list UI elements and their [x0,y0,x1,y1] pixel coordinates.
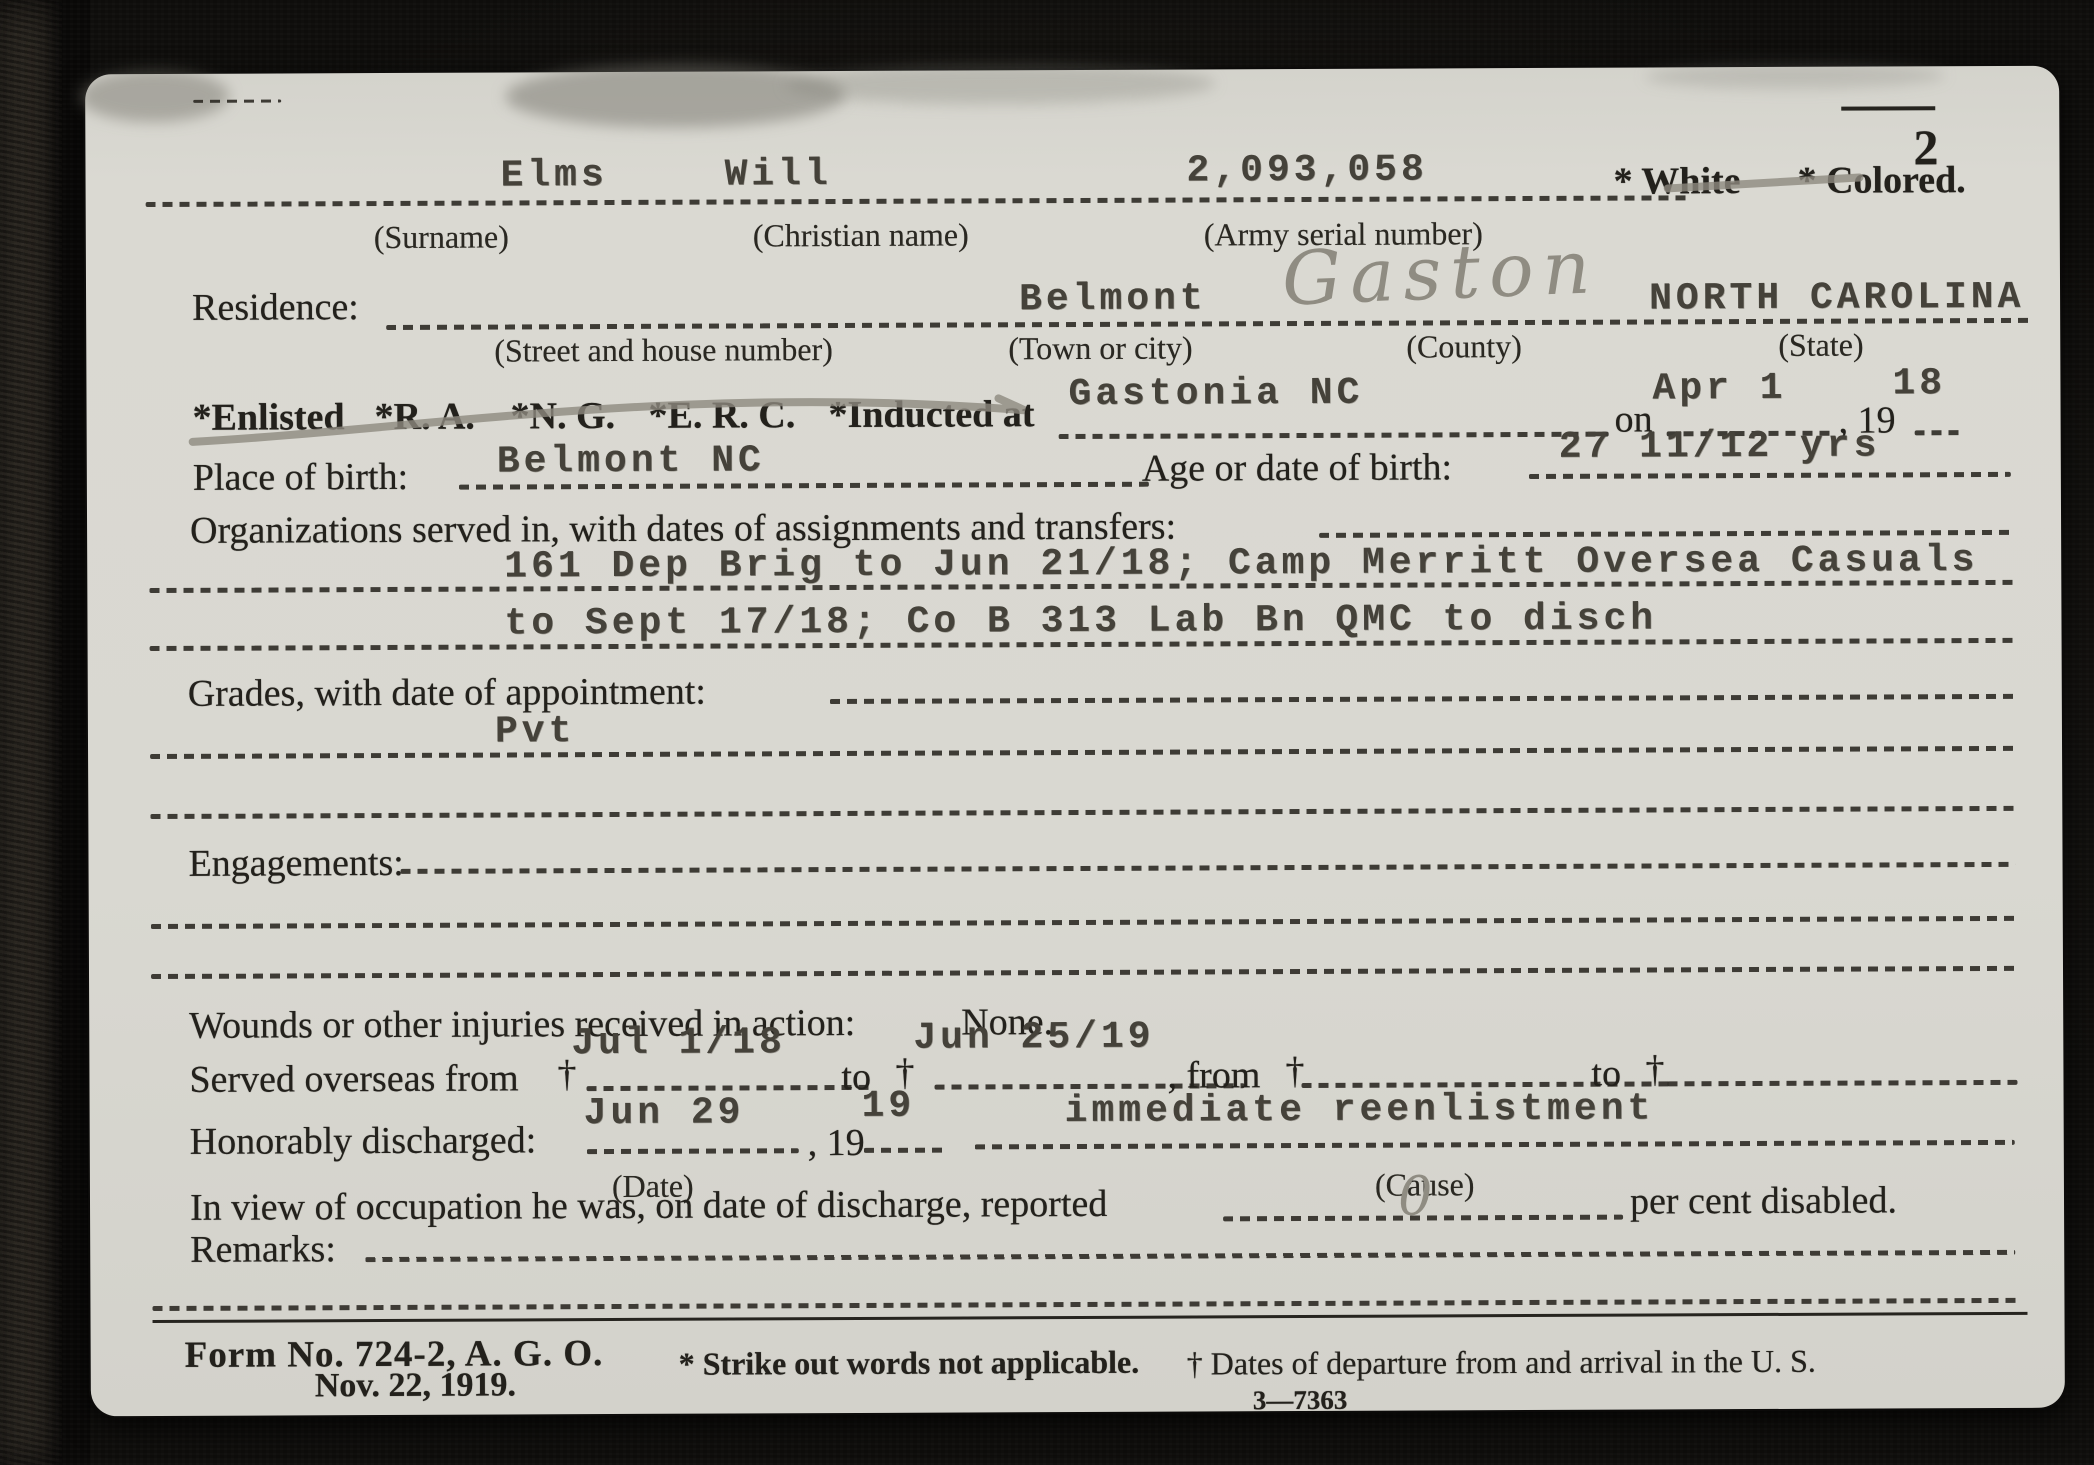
smudge [505,63,845,128]
induction-year-line [1915,430,1961,435]
town-label: (Town or city) [1008,329,1193,367]
surname-value: Elms [500,154,607,197]
disability-percent-pencil-value: 0 [1398,1164,1433,1227]
birth-place-label: Place of birth: [193,455,408,500]
dagger-4: † [1645,1047,1664,1091]
discharge-date-line [587,1148,799,1154]
overseas-from-1-line [587,1085,875,1091]
disability-text-after: per cent disabled. [1630,1178,1897,1223]
bottom-ruled-line [152,1298,2017,1311]
discharge-year-value: 19 [861,1085,915,1128]
engagements-ruled-line-2 [151,966,2016,979]
grades-ruled-line-1 [150,746,2015,759]
surname-label: (Surname) [374,218,509,256]
organizations-line [1319,530,2014,538]
age-line [1529,472,2011,479]
smudge [1645,62,1945,89]
discharge-year-line [864,1148,946,1153]
christian-name-value: Will [724,153,831,196]
discharge-year-prefix: , 19 [808,1121,865,1165]
grades-label: Grades, with date of appointment: [188,670,706,716]
induction-date-value: Apr 1 [1652,367,1786,411]
street-label: (Street and house number) [494,331,833,369]
discharge-cause-line [975,1140,2015,1150]
inducted-place-line [1059,432,1609,439]
grades-ruled-line-2 [150,806,2015,819]
age-value: 27 11/12 yrs [1559,424,1881,468]
name-line [146,195,1691,207]
residence-town-value: Belmont [1019,277,1207,321]
overseas-from-1-value: Jul 1/18 [571,1021,786,1065]
organizations-entry-2: to Sept 17/18; Co B 313 Lab Bn QMC to di… [504,597,1657,645]
inducted-place-value: Gastonia NC [1068,372,1363,416]
serial-number-value: 2,093,058 [1186,148,1427,192]
strike-out-note: * Strike out words not applicable. [679,1344,1140,1383]
overseas-to-2-line [1667,1080,2017,1087]
state-label: (State) [1778,327,1863,364]
grade-value: Pvt [495,710,576,753]
form-date: Nov. 22, 1919. [315,1366,516,1405]
age-label: Age or date of birth: [1142,445,1452,490]
book-spine-edge [0,0,62,1465]
print-code: 3—7363 [1253,1385,1348,1416]
disability-text-before: In view of occupation he was, on date of… [190,1182,1107,1230]
discharge-label: Honorably discharged: [190,1118,537,1164]
engagements-line [401,862,2016,874]
remarks-line [365,1250,2015,1262]
grades-line [830,694,2015,704]
smudge [79,70,229,123]
birth-place-value: Belmont NC [497,439,765,483]
engagements-ruled-line-1 [151,916,2016,929]
residence-state-value: NORTH CAROLINA [1649,276,2024,321]
residence-county-pencil-value: Gaston [1280,224,1600,322]
residence-label: Residence: [192,285,359,330]
service-record-card: 2 Elms Will 2,093,058 * White * Colored.… [85,66,2065,1417]
smudge [785,63,1215,105]
engagements-label: Engagements: [188,841,403,886]
page-number-overline [1841,106,1935,110]
footer-divider-rule [153,1312,2028,1323]
induction-year-value: 18 [1892,362,1946,405]
remarks-label: Remarks: [190,1227,336,1272]
discharge-cause-value: immediate reenlistment [1065,1087,1655,1133]
christian-name-label: (Christian name) [753,216,969,254]
corner-tick-mark [193,99,281,102]
county-label: (County) [1406,328,1522,366]
overseas-label: Served overseas from [189,1056,518,1101]
discharge-date-value: Jun 29 [584,1091,745,1135]
scanned-page: 2 Elms Will 2,093,058 * White * Colored.… [0,0,2094,1465]
dagger-note: † Dates of departure from and arrival in… [1187,1343,1816,1383]
overseas-to-1-value: Jun 25/19 [913,1016,1154,1060]
